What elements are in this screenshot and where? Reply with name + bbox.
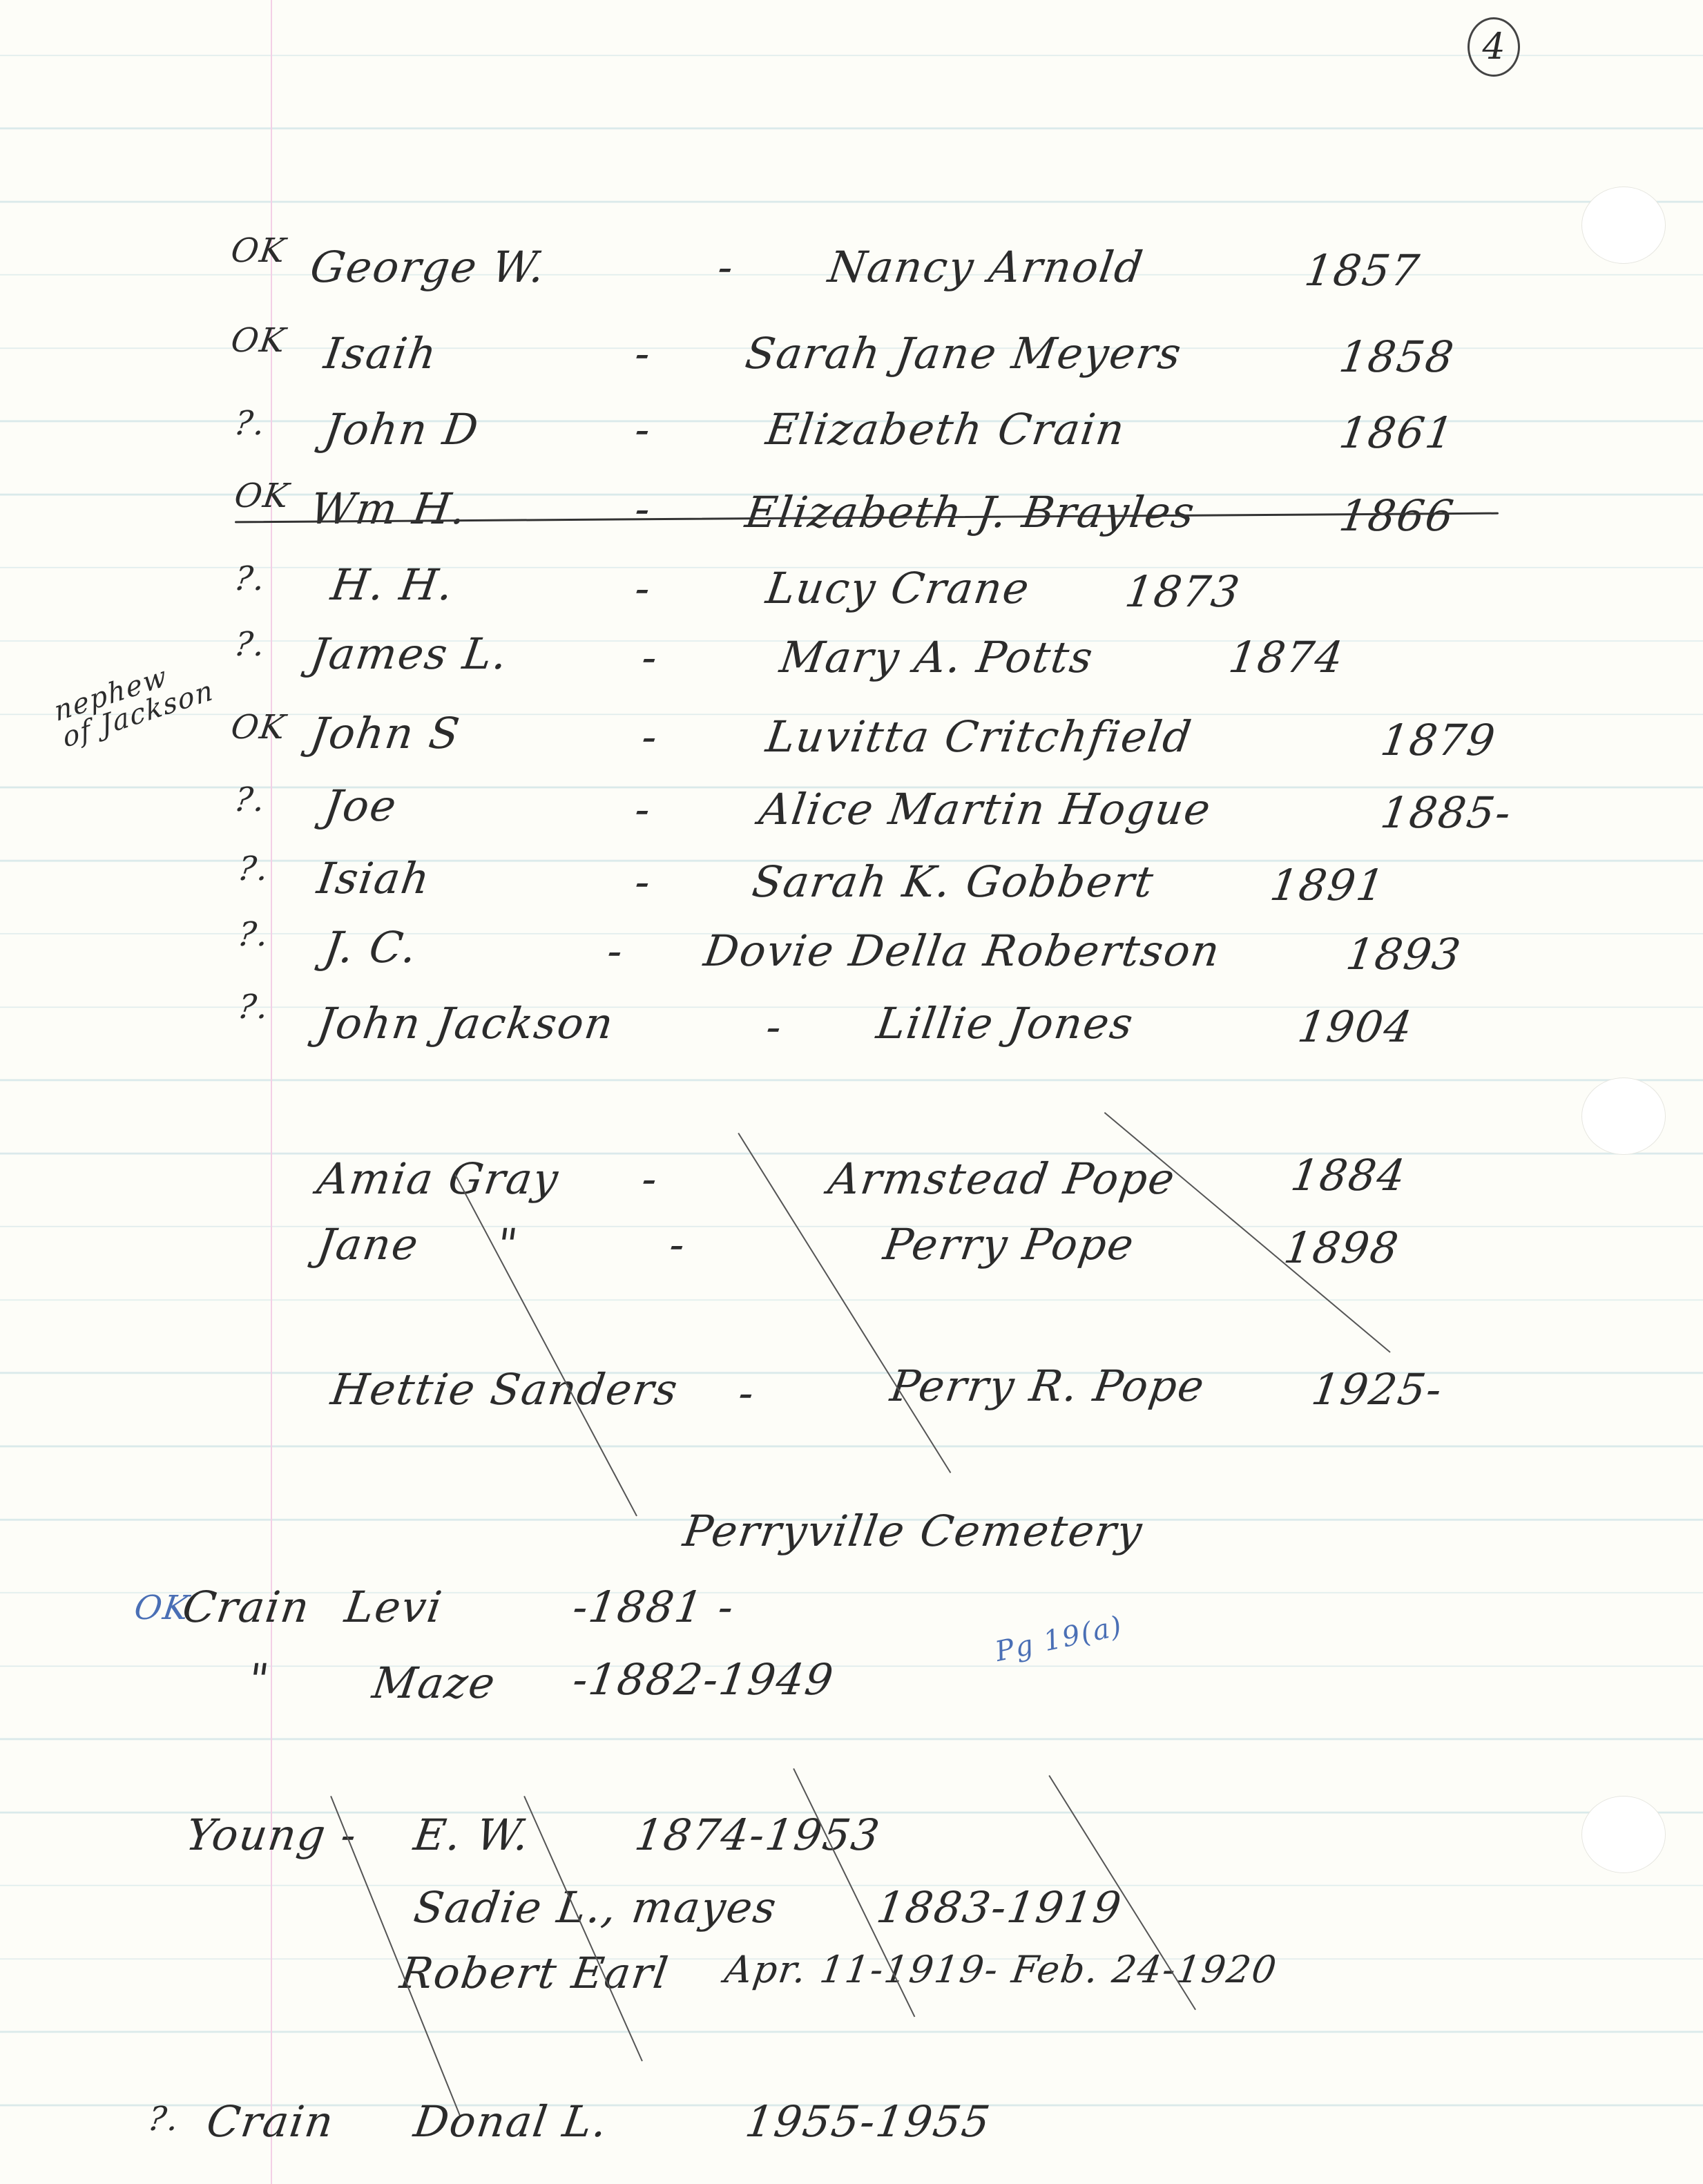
given-name: Levi bbox=[342, 1582, 446, 1632]
status-mark: ?. bbox=[232, 625, 269, 664]
bride-name: Sarah Jane Meyers bbox=[742, 328, 1185, 379]
given-name: Sadie L., mayes bbox=[411, 1882, 780, 1933]
status-mark: OK bbox=[232, 477, 292, 515]
marriage-year: 1884 bbox=[1288, 1150, 1409, 1200]
surname: Crain bbox=[204, 2096, 338, 2147]
bride-name: Mary A. Potts bbox=[777, 632, 1097, 682]
groom-name: John D bbox=[321, 404, 483, 454]
marriage-year: 1873 bbox=[1122, 566, 1244, 617]
given-name: Robert Earl bbox=[397, 1948, 673, 1998]
groom-name: J. C. bbox=[321, 922, 421, 973]
burial-dates: 1955-1955 bbox=[742, 2096, 994, 2147]
groom-name: Isiah bbox=[314, 853, 434, 903]
status-mark: ?. bbox=[146, 2100, 182, 2138]
status-mark: OK bbox=[229, 321, 289, 360]
burial-dates: 1874-1953 bbox=[632, 1810, 884, 1860]
groom-name: Isaih bbox=[321, 328, 441, 379]
groom-name: James L. bbox=[307, 629, 512, 679]
given-name: E. W. bbox=[411, 1810, 534, 1860]
surname: Young - bbox=[183, 1810, 360, 1860]
marriage-year: 1891 bbox=[1267, 860, 1389, 910]
bride-name: Luvitta Critchfield bbox=[763, 711, 1195, 762]
groom-name: John Jackson bbox=[314, 998, 617, 1048]
marriage-year: 1925- bbox=[1309, 1364, 1446, 1415]
burial-dates: Apr. 11-1919- Feb. 24-1920 bbox=[722, 1948, 1280, 1991]
status-mark: ?. bbox=[235, 850, 272, 888]
surname: Crain bbox=[180, 1582, 314, 1632]
bride-name: Dovie Della Robertson bbox=[701, 926, 1224, 976]
status-mark: ?. bbox=[235, 915, 272, 954]
bride-name: Elizabeth J. Brayles bbox=[742, 487, 1199, 537]
bride-name: Jane bbox=[314, 1219, 423, 1270]
bride-name: Hettie Sanders bbox=[328, 1364, 682, 1415]
page-number: 4 bbox=[1468, 17, 1520, 77]
bride-name: Lucy Crane bbox=[763, 563, 1033, 613]
given-name: Maze bbox=[369, 1658, 499, 1708]
given-name: Donal L. bbox=[411, 2096, 612, 2147]
punch-hole bbox=[1581, 186, 1666, 264]
marriage-year: 1904 bbox=[1295, 1002, 1416, 1052]
status-mark: ?. bbox=[235, 988, 272, 1026]
marriage-year: 1879 bbox=[1378, 715, 1499, 765]
section-title: Perryville Cemetery bbox=[680, 1506, 1146, 1556]
burial-dates: -1882-1949 bbox=[570, 1654, 838, 1705]
burial-dates: -1881 - bbox=[570, 1582, 738, 1632]
status-mark: OK bbox=[229, 231, 289, 270]
groom-name: Perry Pope bbox=[881, 1219, 1138, 1270]
marriage-year: 1885- bbox=[1378, 787, 1515, 838]
groom-name: Joe bbox=[321, 780, 401, 831]
groom-name: John S bbox=[307, 708, 463, 758]
bride-name: Alice Martin Hogue bbox=[756, 784, 1215, 834]
bride-name: Elizabeth Crain bbox=[763, 404, 1129, 454]
status-mark: ?. bbox=[232, 404, 269, 443]
status-mark: ?. bbox=[232, 559, 269, 598]
marriage-year: 1866 bbox=[1336, 490, 1458, 541]
marriage-year: 1858 bbox=[1336, 332, 1458, 382]
groom-name: Armstead Pope bbox=[825, 1153, 1179, 1204]
marriage-year: 1898 bbox=[1281, 1223, 1403, 1273]
marriage-year: 1861 bbox=[1336, 408, 1458, 458]
bride-name: Sarah K. Gobbert bbox=[749, 856, 1157, 907]
groom-name: George W. bbox=[307, 242, 549, 292]
marriage-year: 1893 bbox=[1343, 929, 1465, 979]
marriage-year: 1874 bbox=[1226, 632, 1347, 682]
punch-hole bbox=[1581, 1077, 1666, 1155]
bride-name: Lillie Jones bbox=[874, 998, 1137, 1048]
punch-hole bbox=[1581, 1796, 1666, 1873]
marriage-year: 1857 bbox=[1302, 245, 1423, 296]
groom-name: Perry R. Pope bbox=[887, 1361, 1209, 1411]
bride-name: Amia Gray bbox=[314, 1153, 562, 1204]
status-mark: ?. bbox=[232, 780, 269, 819]
groom-name: Wm H. bbox=[307, 483, 470, 534]
status-mark: OK bbox=[229, 708, 289, 747]
bride-name: Nancy Arnold bbox=[825, 242, 1147, 292]
groom-name: H. H. bbox=[328, 559, 458, 610]
burial-dates: 1883-1919 bbox=[874, 1882, 1126, 1933]
